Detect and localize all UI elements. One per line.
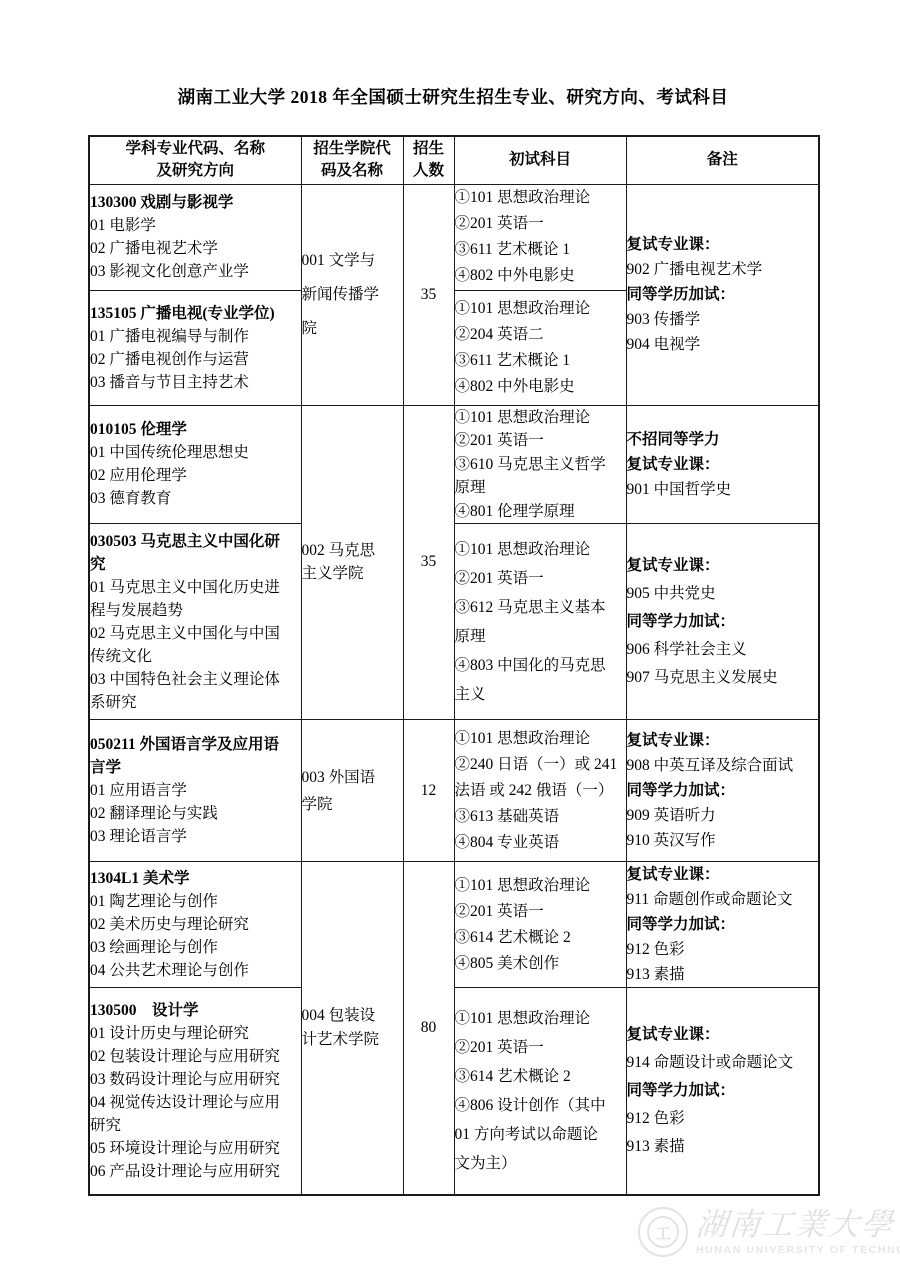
col-header-college-line1: 招生学院代 xyxy=(302,138,403,160)
subjects-cell: ①101 思想政治理论 ②201 英语一 ③610 马克思主义哲学 原理 ④80… xyxy=(454,405,626,524)
remark-line: 复试专业课： xyxy=(627,862,819,887)
subject-line: ③611 艺术概论 1 xyxy=(455,348,626,374)
watermark-chinese-name: 湖南工業大學 xyxy=(694,1208,900,1242)
subject-line: ②201 英语一 xyxy=(455,211,626,237)
subject-line: ④803 中国化的马克思 xyxy=(455,651,626,680)
subject-line: ④806 设计创作（其中 xyxy=(455,1091,626,1120)
remark-line: 906 科学社会主义 xyxy=(627,636,819,664)
remark-line: 901 中国哲学史 xyxy=(627,477,819,502)
remark-line: 908 中英互译及综合面试 xyxy=(627,753,819,778)
subject-line: ④801 伦理学原理 xyxy=(455,500,626,524)
subjects-cell: ①101 思想政治理论 ②201 英语一 ③612 马克思主义基本 原理 ④80… xyxy=(454,524,626,720)
direction: 02 包装设计理论与应用研究 xyxy=(90,1045,301,1068)
college-line: 004 包装设 xyxy=(302,1004,403,1028)
admissions-table: 学科专业代码、名称 及研究方向 招生学院代 码及名称 招生 人数 初试科目 备注… xyxy=(88,135,820,1196)
major-code-name: 130500 设计学 xyxy=(90,999,301,1022)
major-cell-135105: 135105 广播电视(专业学位) 01 广播电视编导与制作 02 广播电视创作… xyxy=(89,290,301,405)
page-title: 湖南工业大学 2018 年全国硕士研究生招生专业、研究方向、考试科目 xyxy=(88,84,818,109)
remarks-cell: 复试专业课： 908 中英互译及综合面试 同等学力加试： 909 英语听力 91… xyxy=(626,720,819,862)
college-line: 新闻传播学 xyxy=(302,278,403,312)
subjects-cell: ①101 思想政治理论 ②204 英语二 ③611 艺术概论 1 ④802 中外… xyxy=(454,290,626,405)
direction: 04 公共艺术理论与创作 xyxy=(90,959,301,982)
subject-line: 主义 xyxy=(455,680,626,709)
direction: 01 广播电视编导与制作 xyxy=(90,325,301,348)
major-cell-030503: 030503 马克思主义中国化研 究 01 马克思主义中国化历史进 程与发展趋势… xyxy=(89,524,301,720)
remark-line: 同等学力加试： xyxy=(627,778,819,803)
direction: 02 应用伦理学 xyxy=(90,464,301,487)
college-cell-002: 002 马克思 主义学院 xyxy=(301,405,403,720)
subject-line: 法语 或 242 俄语（一） xyxy=(455,778,626,804)
subject-line: ②201 英语一 xyxy=(455,429,626,453)
remark-line: 同等学历加试： xyxy=(627,282,819,307)
col-header-college: 招生学院代 码及名称 xyxy=(301,136,403,184)
remark-line: 910 英汉写作 xyxy=(627,828,819,853)
college-cell-003: 003 外国语 学院 xyxy=(301,720,403,862)
direction: 程与发展趋势 xyxy=(90,599,301,622)
direction: 05 环境设计理论与应用研究 xyxy=(90,1137,301,1160)
subject-line: ①101 思想政治理论 xyxy=(455,296,626,322)
direction: 01 应用语言学 xyxy=(90,779,301,802)
col-header-college-line2: 码及名称 xyxy=(302,160,403,182)
subject-line: ①101 思想政治理论 xyxy=(455,873,626,899)
subject-line: ④802 中外电影史 xyxy=(455,374,626,400)
table-row: 050211 外国语言学及应用语 言学 01 应用语言学 02 翻译理论与实践 … xyxy=(89,720,819,862)
direction: 03 绘画理论与创作 xyxy=(90,936,301,959)
subject-line: ③613 基础英语 xyxy=(455,804,626,830)
remarks-cell: 复试专业课： 914 命题设计或命题论文 同等学力加试： 912 色彩 913 … xyxy=(626,988,819,1195)
subject-line: ③611 艺术概论 1 xyxy=(455,237,626,263)
subject-line: ①101 思想政治理论 xyxy=(455,535,626,564)
subject-line: 原理 xyxy=(455,622,626,651)
remark-line: 同等学力加试： xyxy=(627,912,819,937)
seal-emblem: 工 xyxy=(647,1216,679,1248)
subject-line: ④804 专业英语 xyxy=(455,830,626,856)
subject-line: ②204 英语二 xyxy=(455,322,626,348)
remark-line: 902 广播电视艺术学 xyxy=(627,257,819,282)
direction: 02 广播电视艺术学 xyxy=(90,237,301,260)
direction: 02 美术历史与理论研究 xyxy=(90,913,301,936)
major-code-name: 究 xyxy=(90,553,301,576)
major-code-name: 1304L1 美术学 xyxy=(90,867,301,890)
direction: 03 影视文化创意产业学 xyxy=(90,260,301,283)
direction: 研究 xyxy=(90,1114,301,1137)
watermark-english-name: HUNAN UNIVERSITY OF TECHNOLOGY xyxy=(696,1244,900,1256)
quota-cell: 80 xyxy=(403,862,454,1195)
remark-line: 911 命题创作或命题论文 xyxy=(627,887,819,912)
direction: 06 产品设计理论与应用研究 xyxy=(90,1160,301,1183)
table-row: 030503 马克思主义中国化研 究 01 马克思主义中国化历史进 程与发展趋势… xyxy=(89,524,819,720)
subject-line: ②201 英语一 xyxy=(455,564,626,593)
major-cell-050211: 050211 外国语言学及应用语 言学 01 应用语言学 02 翻译理论与实践 … xyxy=(89,720,301,862)
subjects-cell: ①101 思想政治理论 ②201 英语一 ③614 艺术概论 2 ④806 设计… xyxy=(454,988,626,1195)
subjects-cell: ①101 思想政治理论 ②201 英语一 ③614 艺术概论 2 ④805 美术… xyxy=(454,862,626,988)
subject-line: ②201 英语一 xyxy=(455,1033,626,1062)
remark-line: 903 传播学 xyxy=(627,307,819,332)
remark-line: 同等学力加试： xyxy=(627,1077,819,1105)
remark-line: 不招同等学力 xyxy=(627,427,819,452)
direction: 系研究 xyxy=(90,691,301,714)
subject-line: ④805 美术创作 xyxy=(455,951,626,977)
college-line: 计艺术学院 xyxy=(302,1028,403,1052)
col-header-major-line1: 学科专业代码、名称 xyxy=(90,138,301,160)
direction: 03 中国特色社会主义理论体 xyxy=(90,668,301,691)
direction: 02 翻译理论与实践 xyxy=(90,802,301,825)
major-code-name: 130300 戏剧与影视学 xyxy=(90,191,301,214)
quota-cell: 35 xyxy=(403,405,454,720)
major-code-name: 050211 外国语言学及应用语 xyxy=(90,733,301,756)
direction: 03 理论语言学 xyxy=(90,825,301,848)
table-row: 130300 戏剧与影视学 01 电影学 02 广播电视艺术学 03 影视文化创… xyxy=(89,184,819,290)
col-header-major: 学科专业代码、名称 及研究方向 xyxy=(89,136,301,184)
direction: 01 中国传统伦理思想史 xyxy=(90,441,301,464)
remark-line: 909 英语听力 xyxy=(627,803,819,828)
major-code-name: 010105 伦理学 xyxy=(90,418,301,441)
col-header-subjects: 初试科目 xyxy=(454,136,626,184)
direction: 04 视觉传达设计理论与应用 xyxy=(90,1091,301,1114)
col-header-quota: 招生 人数 xyxy=(403,136,454,184)
subjects-cell: ①101 思想政治理论 ②240 日语（一）或 241 法语 或 242 俄语（… xyxy=(454,720,626,862)
remark-line: 复试专业课： xyxy=(627,452,819,477)
major-code-name: 言学 xyxy=(90,756,301,779)
direction: 02 马克思主义中国化与中国 xyxy=(90,622,301,645)
college-line: 003 外国语 xyxy=(302,764,403,791)
direction: 01 马克思主义中国化历史进 xyxy=(90,576,301,599)
remark-line: 912 色彩 xyxy=(627,937,819,962)
remark-line: 复试专业课： xyxy=(627,1021,819,1049)
direction: 02 广播电视创作与运营 xyxy=(90,348,301,371)
subject-line: ①101 思想政治理论 xyxy=(455,406,626,430)
subject-line: ②201 英语一 xyxy=(455,899,626,925)
subjects-cell: ①101 思想政治理论 ②201 英语一 ③611 艺术概论 1 ④802 中外… xyxy=(454,184,626,290)
college-line: 学院 xyxy=(302,791,403,818)
direction: 01 电影学 xyxy=(90,214,301,237)
quota-cell: 35 xyxy=(403,184,454,405)
remark-line: 907 马克思主义发展史 xyxy=(627,664,819,692)
university-seal-icon: 工 xyxy=(638,1207,688,1257)
remark-line: 905 中共党史 xyxy=(627,580,819,608)
major-cell-1304L1: 1304L1 美术学 01 陶艺理论与创作 02 美术历史与理论研究 03 绘画… xyxy=(89,862,301,988)
quota-cell: 12 xyxy=(403,720,454,862)
major-cell-130300: 130300 戏剧与影视学 01 电影学 02 广播电视艺术学 03 影视文化创… xyxy=(89,184,301,290)
major-code-name: 030503 马克思主义中国化研 xyxy=(90,530,301,553)
watermark-text: 湖南工業大學 HUNAN UNIVERSITY OF TECHNOLOGY xyxy=(696,1208,900,1256)
direction: 03 德育教育 xyxy=(90,487,301,510)
university-watermark: 工 湖南工業大學 HUNAN UNIVERSITY OF TECHNOLOGY xyxy=(638,1196,898,1268)
direction: 03 播音与节目主持艺术 xyxy=(90,371,301,394)
subject-line: ①101 思想政治理论 xyxy=(455,726,626,752)
table-row: 1304L1 美术学 01 陶艺理论与创作 02 美术历史与理论研究 03 绘画… xyxy=(89,862,819,988)
direction: 01 设计历史与理论研究 xyxy=(90,1022,301,1045)
major-code-name: 135105 广播电视(专业学位) xyxy=(90,302,301,325)
col-header-major-line2: 及研究方向 xyxy=(90,160,301,182)
remark-line: 同等学力加试： xyxy=(627,608,819,636)
col-header-quota-line2: 人数 xyxy=(404,160,454,182)
remark-line: 914 命题设计或命题论文 xyxy=(627,1049,819,1077)
subject-line: ④802 中外电影史 xyxy=(455,263,626,289)
remark-line: 复试专业课： xyxy=(627,728,819,753)
remarks-cell: 不招同等学力 复试专业课： 901 中国哲学史 xyxy=(626,405,819,524)
remark-line: 复试专业课： xyxy=(627,232,819,257)
remark-line: 912 色彩 xyxy=(627,1105,819,1133)
subject-line: ①101 思想政治理论 xyxy=(455,185,626,211)
college-line: 院 xyxy=(302,312,403,346)
major-cell-130500: 130500 设计学 01 设计历史与理论研究 02 包装设计理论与应用研究 0… xyxy=(89,988,301,1195)
direction: 传统文化 xyxy=(90,645,301,668)
direction: 03 数码设计理论与应用研究 xyxy=(90,1068,301,1091)
subject-line: 文为主） xyxy=(455,1149,626,1178)
col-header-remarks: 备注 xyxy=(626,136,819,184)
table-row: 130500 设计学 01 设计历史与理论研究 02 包装设计理论与应用研究 0… xyxy=(89,988,819,1195)
subject-line: ②240 日语（一）或 241 xyxy=(455,752,626,778)
remark-line: 913 素描 xyxy=(627,962,819,987)
document-page: { "title": "湖南工业大学 2018 年全国硕士研究生招生专业、研究方… xyxy=(0,0,900,1272)
col-header-remarks-line: 备注 xyxy=(627,149,819,171)
table-header-row: 学科专业代码、名称 及研究方向 招生学院代 码及名称 招生 人数 初试科目 备注 xyxy=(89,136,819,184)
subject-line: 原理 xyxy=(455,476,626,500)
table-row: 010105 伦理学 01 中国传统伦理思想史 02 应用伦理学 03 德育教育… xyxy=(89,405,819,524)
direction: 01 陶艺理论与创作 xyxy=(90,890,301,913)
remarks-cell: 复试专业课： 911 命题创作或命题论文 同等学力加试： 912 色彩 913 … xyxy=(626,862,819,988)
subject-line: 01 方向考试以命题论 xyxy=(455,1120,626,1149)
college-cell-004: 004 包装设 计艺术学院 xyxy=(301,862,403,1195)
remark-line: 复试专业课： xyxy=(627,552,819,580)
college-line: 001 文学与 xyxy=(302,244,403,278)
college-line: 主义学院 xyxy=(302,562,403,585)
major-cell-010105: 010105 伦理学 01 中国传统伦理思想史 02 应用伦理学 03 德育教育 xyxy=(89,405,301,524)
subject-line: ③614 艺术概论 2 xyxy=(455,1062,626,1091)
subject-line: ①101 思想政治理论 xyxy=(455,1004,626,1033)
col-header-subjects-line: 初试科目 xyxy=(455,149,626,171)
subject-line: ③614 艺术概论 2 xyxy=(455,925,626,951)
subject-line: ③610 马克思主义哲学 xyxy=(455,453,626,477)
remarks-cell: 复试专业课： 902 广播电视艺术学 同等学历加试： 903 传播学 904 电… xyxy=(626,184,819,405)
college-line: 002 马克思 xyxy=(302,539,403,562)
remarks-cell: 复试专业课： 905 中共党史 同等学力加试： 906 科学社会主义 907 马… xyxy=(626,524,819,720)
remark-line: 913 素描 xyxy=(627,1133,819,1161)
college-cell-001: 001 文学与 新闻传播学 院 xyxy=(301,184,403,405)
remark-line: 904 电视学 xyxy=(627,332,819,357)
subject-line: ③612 马克思主义基本 xyxy=(455,593,626,622)
col-header-quota-line1: 招生 xyxy=(404,138,454,160)
